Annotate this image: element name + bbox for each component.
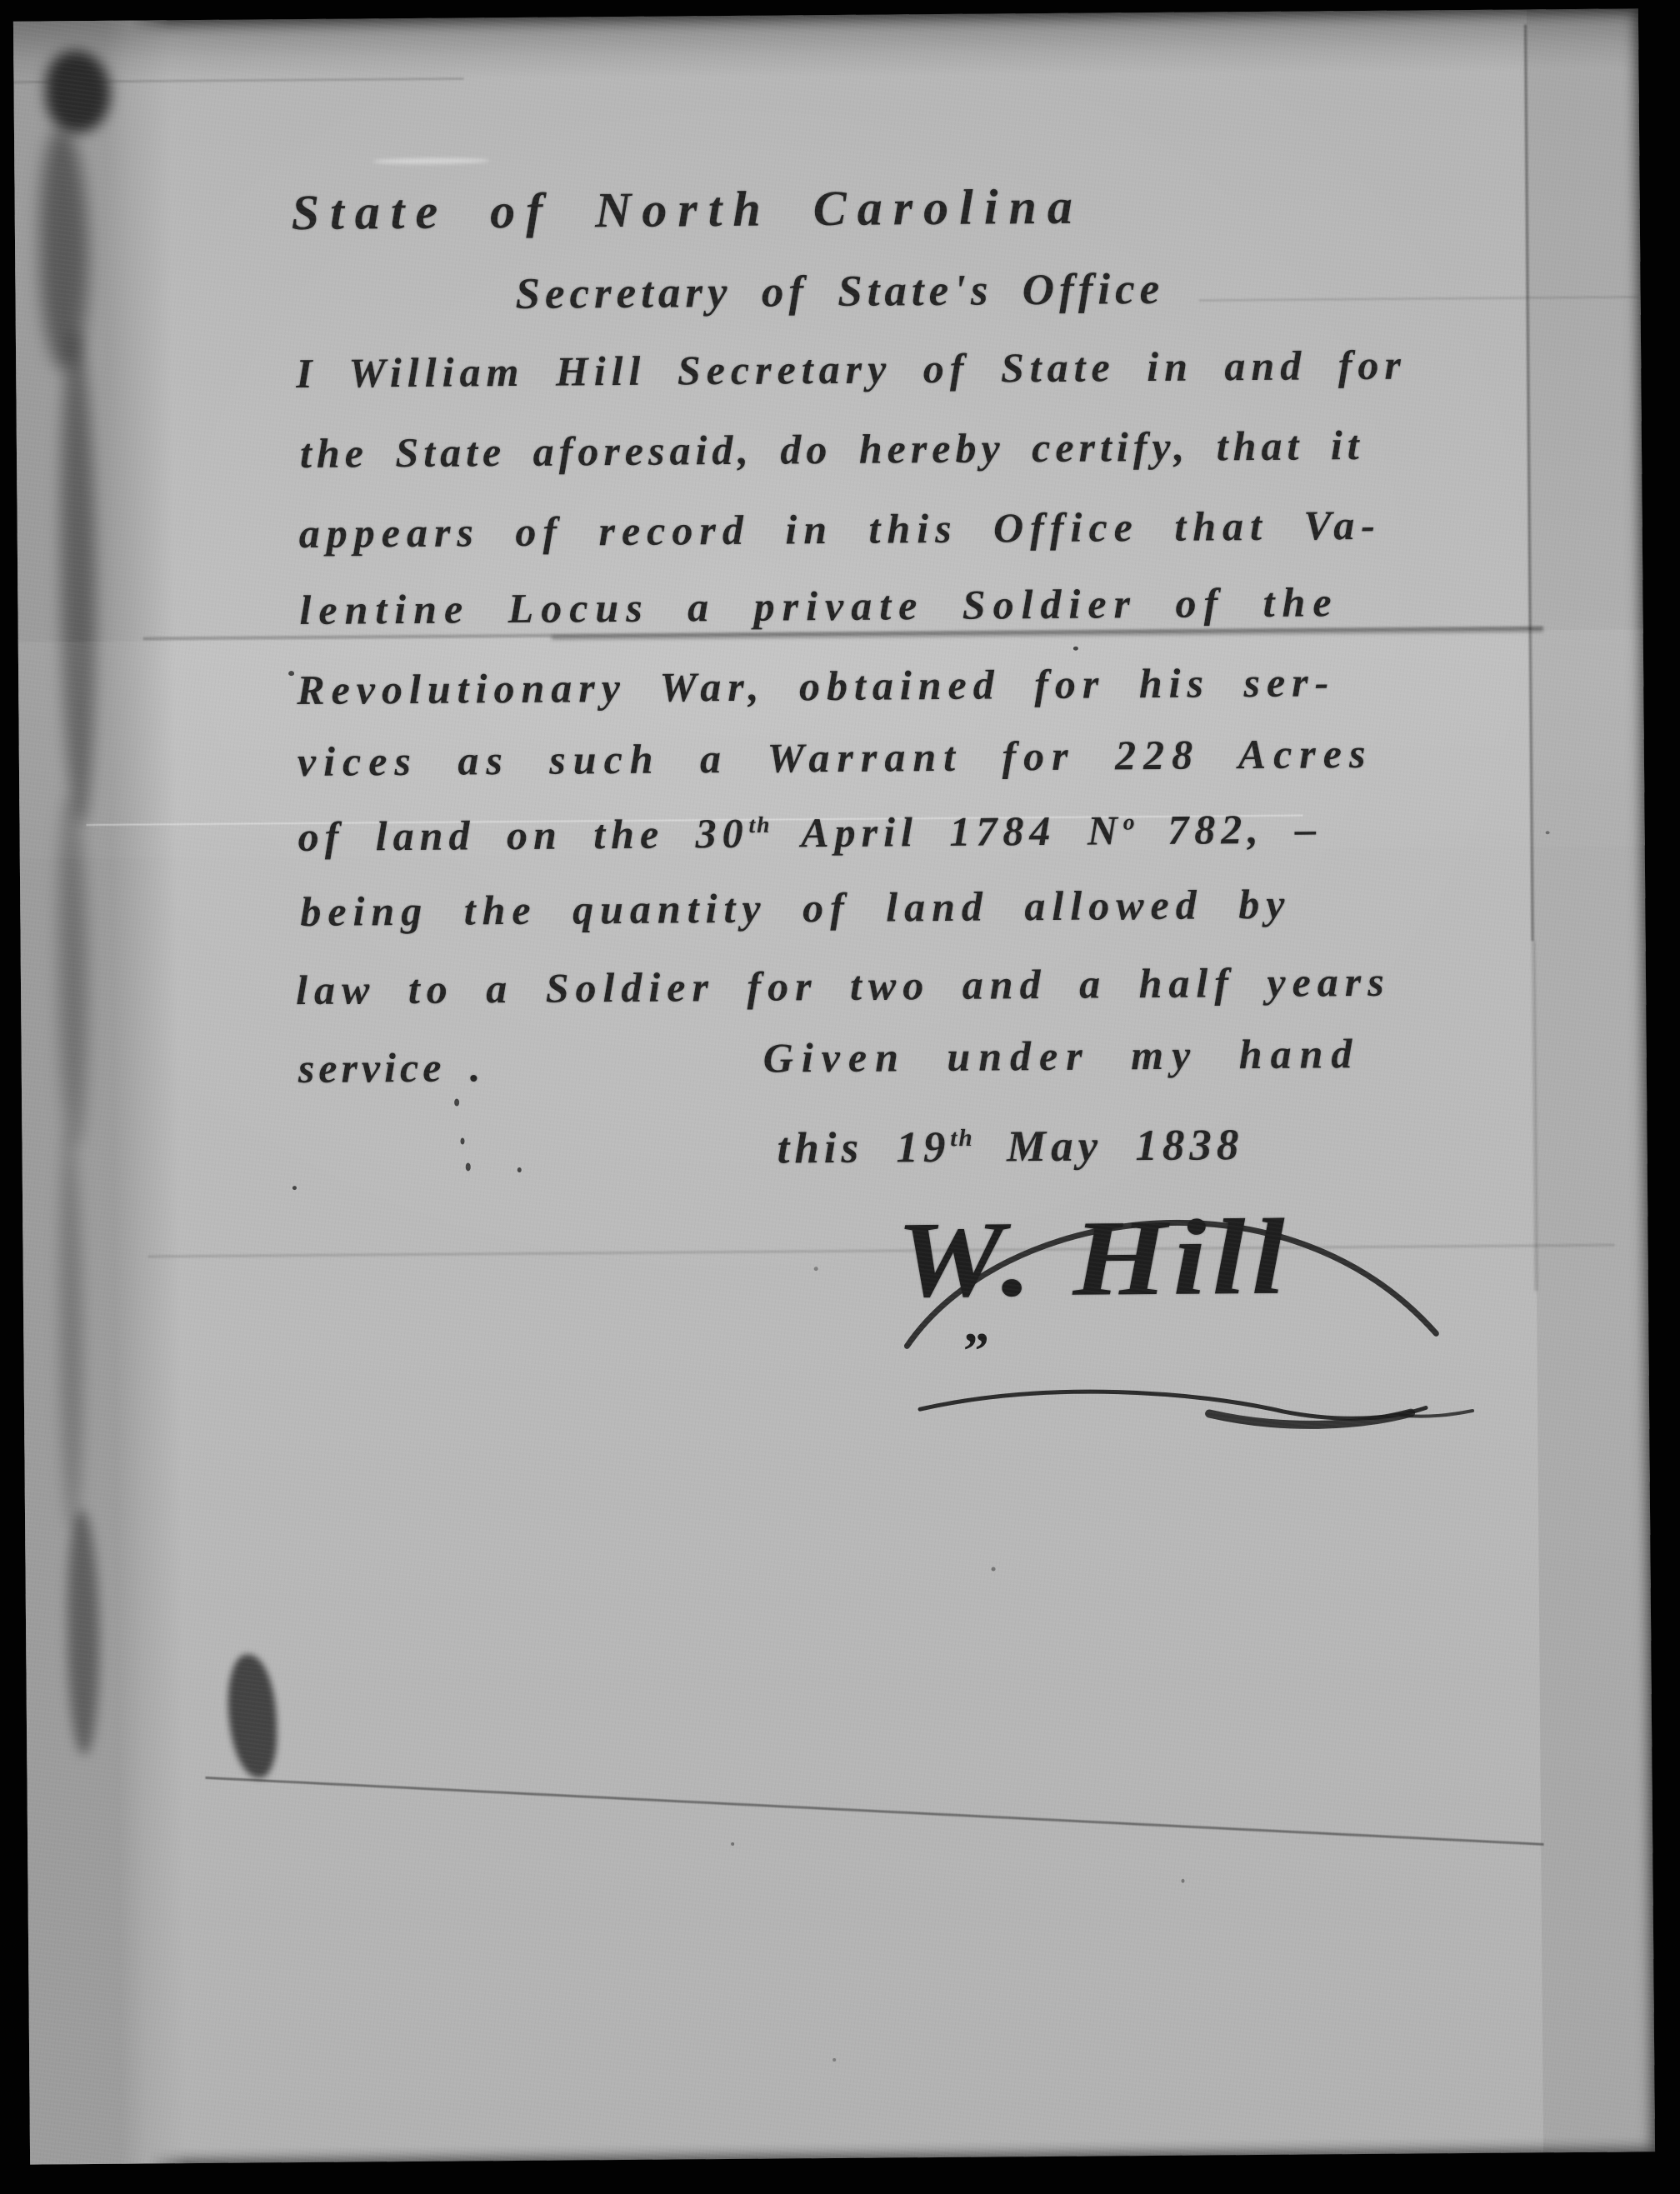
ink-speck: [460, 1137, 464, 1144]
body-line-4: lentine Locus a private Soldier of the: [299, 577, 1339, 634]
ink-speck: [466, 1162, 471, 1171]
document-scan: State of North Carolina Secretary of Sta…: [0, 0, 1680, 2194]
ink-speck: [992, 1567, 996, 1571]
attestation-line-1: Given under my hand: [763, 1029, 1361, 1082]
ordinal-superscript: th: [748, 812, 771, 837]
body-line-6: vices as such a Warrant for 228 Acres: [297, 729, 1373, 786]
ink-speck: [731, 1842, 734, 1846]
ink-speck: [832, 2058, 836, 2062]
warrant-text: 782, –: [1136, 805, 1322, 853]
white-scratch-smudge: [372, 157, 489, 164]
right-margin-strip: [1527, 8, 1655, 2152]
warrant-text: April 1784 N: [771, 807, 1123, 856]
ordinal-superscript: th: [950, 1125, 974, 1152]
date-text: this 19: [777, 1123, 950, 1173]
number-superscript: o: [1123, 808, 1137, 834]
ink-speck: [454, 1099, 459, 1107]
signature-abbreviation-mark: „: [963, 1296, 990, 1355]
ink-speck: [1546, 831, 1550, 834]
ink-speck: [814, 1267, 818, 1271]
heading-office: Secretary of State's Office: [515, 264, 1164, 319]
signature-text: W. Hill: [896, 1195, 1291, 1323]
body-line-9: law to a Soldier for two and a half year…: [296, 957, 1391, 1014]
document-page: State of North Carolina Secretary of Sta…: [13, 8, 1655, 2164]
heading-state: State of North Carolina: [291, 178, 1083, 242]
left-edge-band: [13, 20, 188, 2164]
body-line-service: service .: [298, 1042, 485, 1092]
date-text: May 1838: [973, 1121, 1243, 1172]
body-line-8: being the quantity of land allowed by: [300, 880, 1292, 936]
paper-texture: [13, 8, 1655, 2164]
body-line-1: I William Hill Secretary of State in and…: [296, 341, 1407, 397]
body-line-3: appears of record in this Office that Va…: [299, 501, 1382, 557]
top-edge-shadow: [13, 8, 1639, 82]
body-line-warrant: of land on the 30th April 1784 No 782, –: [297, 804, 1322, 861]
body-line-2: the State aforesaid, do hereby certify, …: [300, 421, 1364, 477]
ink-speck: [517, 1167, 522, 1172]
bottom-diagonal-crease: [205, 1777, 1543, 1846]
body-line-5: Revolutionary War, obtained for his ser-: [297, 657, 1335, 714]
attestation-date-line: this 19th May 1838: [777, 1120, 1243, 1173]
ink-speck: [292, 1186, 297, 1190]
edge-tear-mark: [227, 1654, 277, 1777]
ink-speck: [288, 671, 294, 676]
ink-speck: [1181, 1879, 1184, 1883]
warrant-text: of land on the 30: [297, 810, 748, 860]
ink-speck: [1073, 647, 1078, 651]
